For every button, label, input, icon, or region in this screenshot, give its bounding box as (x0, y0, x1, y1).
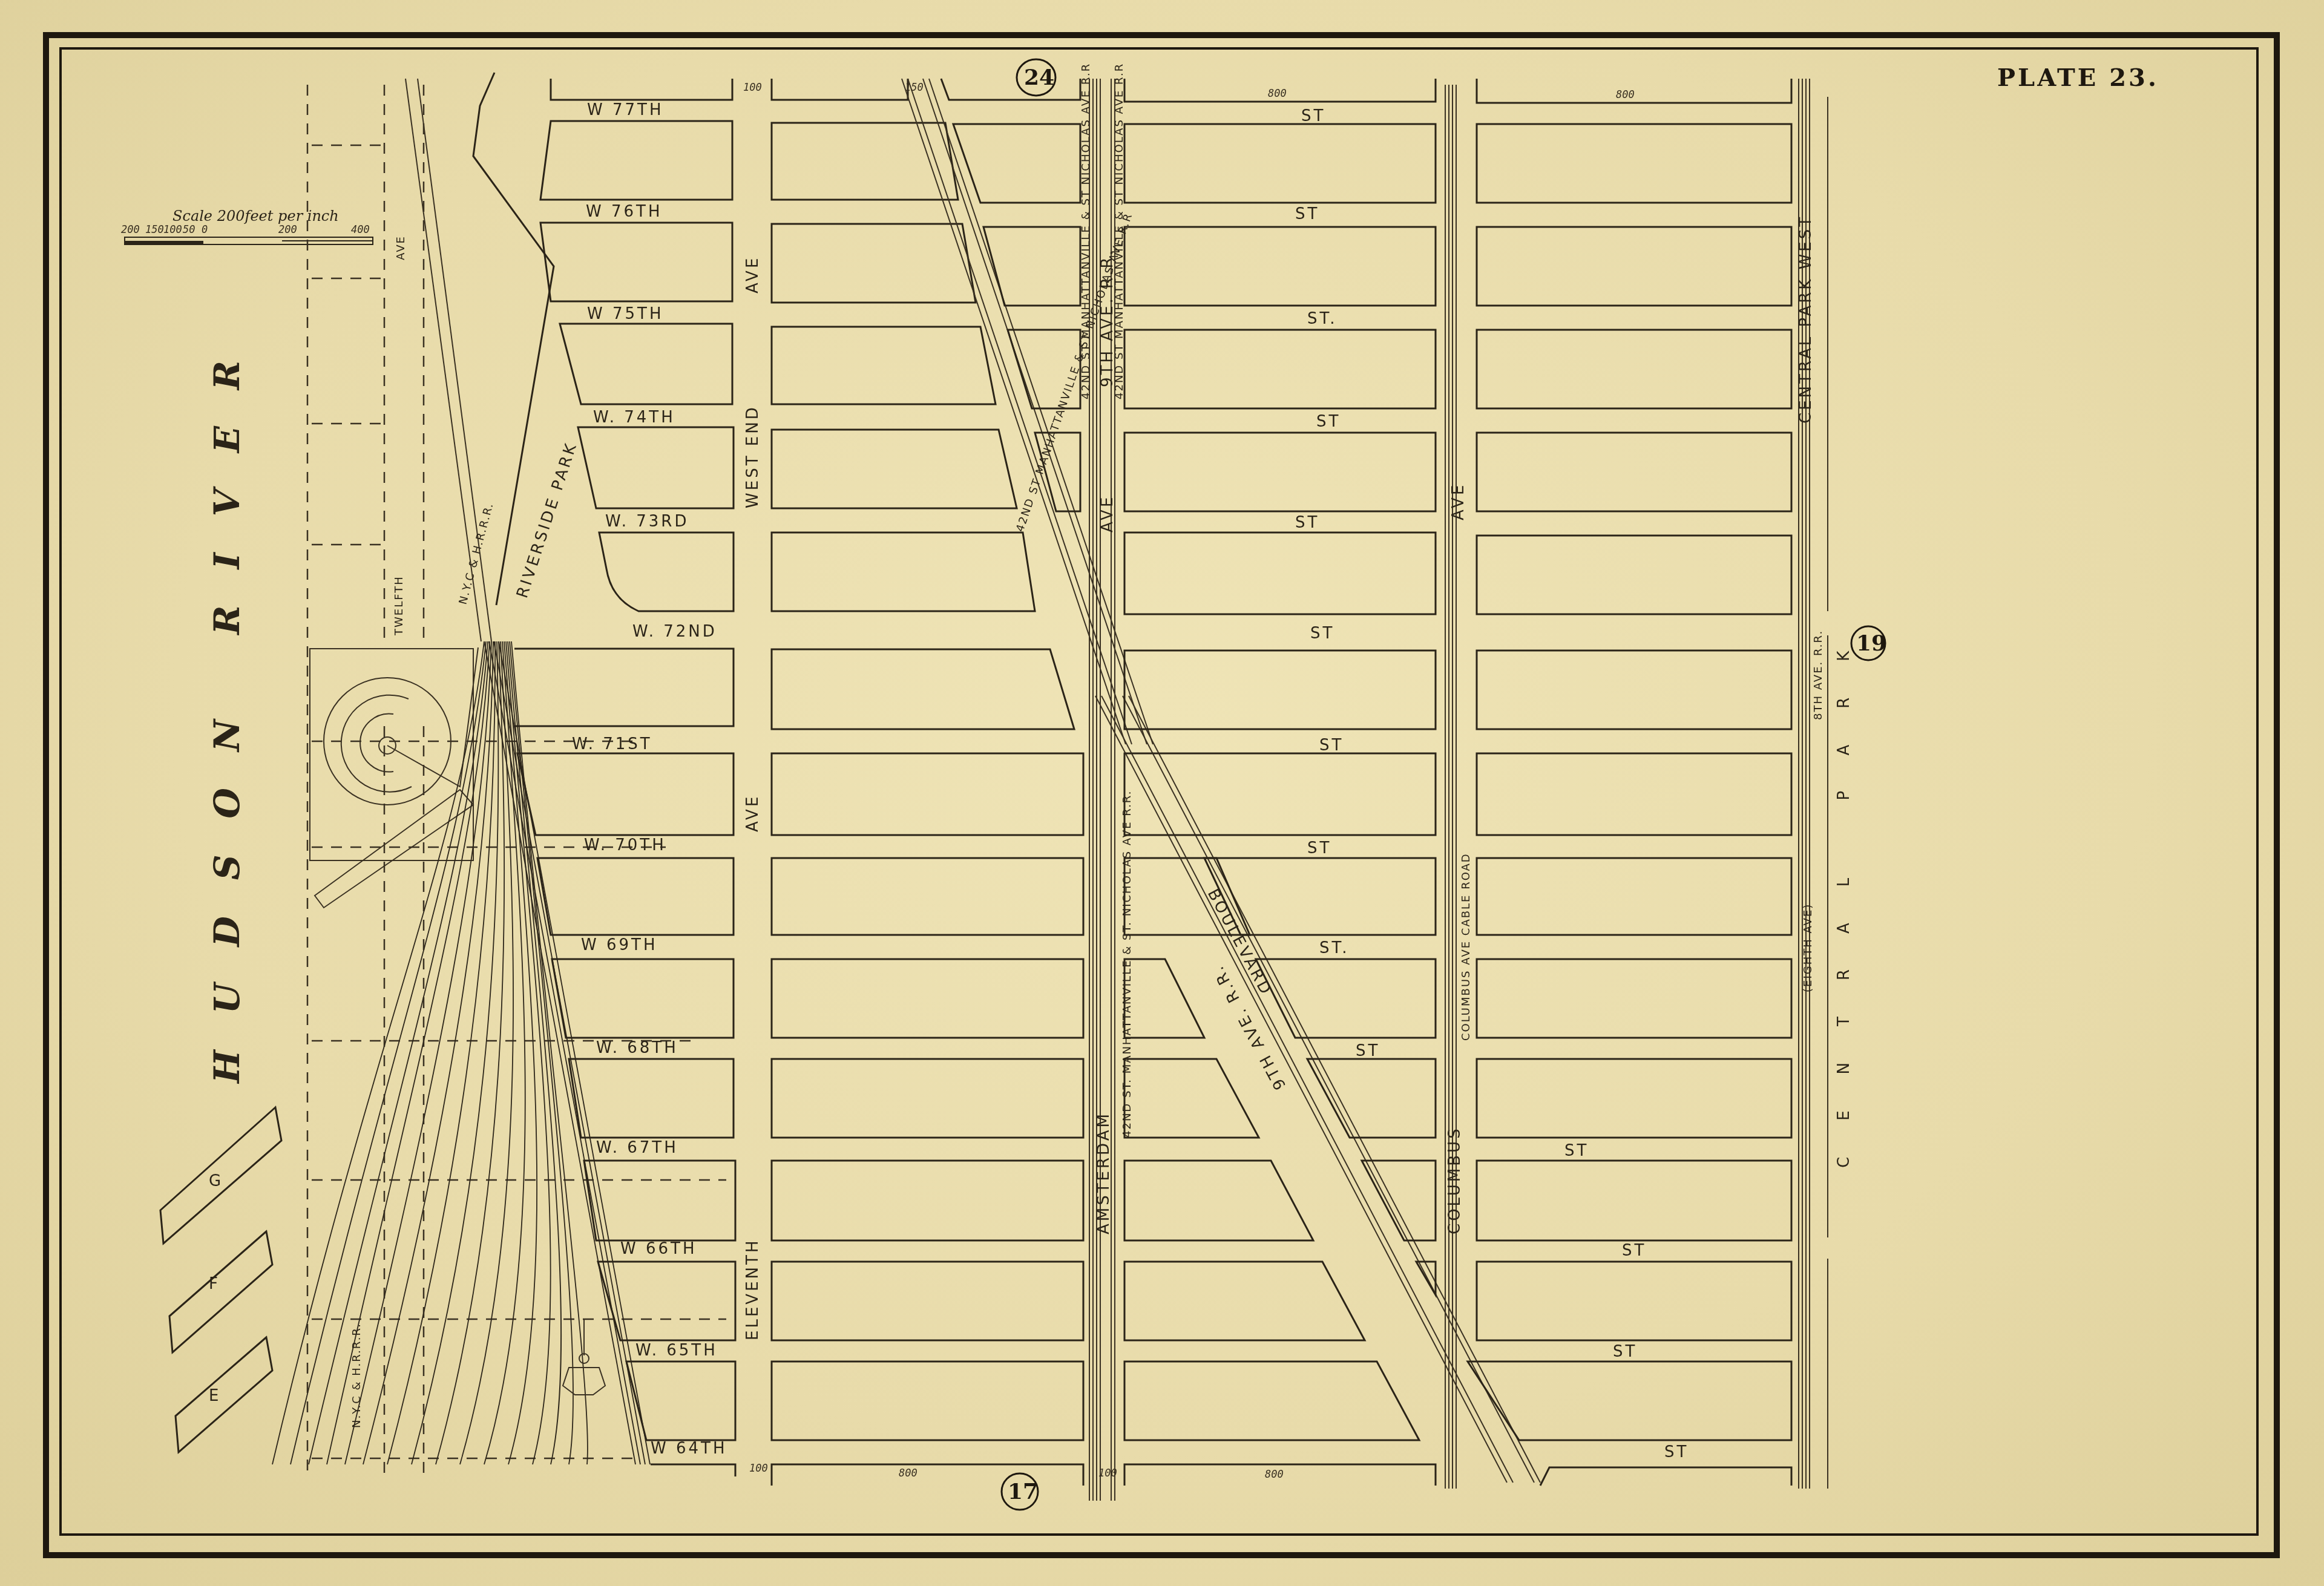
scale-tick: 200 (121, 224, 140, 236)
central-park-west: CENTRAL PARK WEST (EIGHTH AVE) 8TH AVE. … (1797, 79, 1853, 1489)
adjacent-plate-east[interactable]: 19 (1851, 626, 1886, 660)
rr-label-nyc-north: N.Y.C & H.R.R.R. (457, 501, 496, 606)
st-label: ST (1316, 413, 1341, 431)
dim-150: 150 (905, 82, 924, 94)
dim-800-top: 800 (1268, 88, 1287, 100)
plate-number: 17 (1008, 1479, 1038, 1504)
rail-yard (272, 641, 650, 1464)
st-label: ST (1307, 839, 1331, 857)
street-w70: W. 70TH (584, 836, 666, 854)
scale-bar: Scale 200feet per inch 200 150 100 50 0 … (121, 208, 373, 244)
street-w67: W. 67TH (596, 1139, 678, 1157)
st-label: ST (1564, 1142, 1589, 1160)
dim-800-top-2: 800 (1616, 89, 1635, 101)
st-label: ST (1664, 1443, 1689, 1461)
adjacent-plate-north[interactable]: 24 (1017, 59, 1055, 96)
plate-number: 24 (1024, 65, 1054, 90)
riverside-park-label: RIVERSIDE PARK (513, 439, 581, 600)
street-w68: W. 68TH (596, 1039, 678, 1057)
twelfth-label: TWELFTH (393, 575, 405, 636)
plate-title: PLATE 23. (1997, 64, 2159, 92)
dashed-lot-lines (307, 85, 726, 1476)
map-sheet: PLATE 23. Scale 200feet per inch 200 150… (0, 0, 2324, 1586)
st-label: ST. (1307, 310, 1338, 328)
map-border (46, 35, 2277, 1555)
st-label: ST (1310, 624, 1334, 643)
map-canvas: PLATE 23. Scale 200feet per inch 200 150… (0, 0, 2324, 1586)
street-w75: W 75TH (587, 305, 664, 323)
st-labels: ST ST ST. ST ST ST ST ST ST. ST ST ST ST… (1295, 107, 1689, 1461)
pier-label-f: F (209, 1275, 220, 1293)
rr-label-nyc-south: N.Y.C & H.R.R.R. (350, 1323, 363, 1428)
st-label: ST (1613, 1343, 1637, 1361)
street-w64: W 64TH (651, 1440, 727, 1458)
street-w73: W. 73RD (605, 513, 689, 531)
street-w71: W. 71ST (572, 735, 652, 753)
st-label: ST (1295, 514, 1319, 532)
st-label: ST (1356, 1042, 1380, 1060)
rr-label-manhattanville-south: 42ND ST. MANHATTANVILLE & ST. NICHOLAS A… (1121, 790, 1134, 1138)
st-label: ST (1295, 205, 1319, 223)
dim-100: 100 (743, 82, 762, 94)
eleventh-ave-label: AVE (744, 795, 762, 832)
dim-100-bottom: 100 (749, 1463, 768, 1475)
pier-label-g: G (209, 1172, 223, 1190)
eleventh-label: ELEVENTH (744, 1239, 762, 1340)
plate-number: 19 (1856, 631, 1886, 656)
dimension-labels: 100 150 100 800 100 800 (743, 82, 1284, 1481)
st-label: ST (1319, 736, 1344, 755)
street-w65: W. 65TH (635, 1342, 718, 1360)
west-end-label: WEST END (744, 405, 762, 508)
river-label: HUDSON RIVER (206, 324, 248, 1084)
cross-street-labels: W 77TH W 76TH W 75TH W. 74TH W. 73RD W. … (572, 101, 727, 1458)
eighth-ave-label: (EIGHTH AVE) (1802, 903, 1814, 992)
amsterdam-avenue: 42ND ST MANHATTANVILLE & ST NICHOLAS AVE… (1080, 63, 1134, 1501)
eighth-ave-rr-label: 8TH AVE. R.R. (1812, 630, 1825, 720)
blocks-diag-east (941, 79, 1080, 511)
amsterdam-label: AMSTERDAM (1095, 1112, 1113, 1234)
dim-800-bottom: 800 (899, 1467, 917, 1480)
st-label: ST (1622, 1242, 1646, 1260)
scale-tick: 150 (145, 224, 164, 236)
scale-title: Scale 200feet per inch (172, 208, 339, 224)
twelfth-ave-label: AVE (395, 235, 407, 260)
street-w69: W 69TH (581, 936, 658, 954)
blocks-col4: 800 (1468, 79, 1791, 1486)
scale-tick: 100 (163, 224, 182, 236)
columbus-avenue: AVE COLUMBUS AVE CABLE ROAD COLUMBUS (1445, 85, 1472, 1489)
blocks-west (514, 79, 735, 1476)
st-label: ST. (1319, 939, 1350, 957)
street-w74: W. 74TH (593, 408, 675, 427)
riverside-park: RIVERSIDE PARK (405, 73, 581, 641)
columbus-ave-label: AVE (1449, 483, 1468, 520)
columbus-cable-label: COLUMBUS AVE CABLE ROAD (1460, 853, 1472, 1041)
scale-tick: 400 (351, 224, 370, 236)
street-w76: W 76TH (586, 203, 663, 221)
scale-tick: 200 (278, 224, 297, 236)
piers: G F E (160, 1107, 281, 1452)
dim-800-bottom-2: 800 (1265, 1469, 1284, 1481)
boulevard: BOULEVARD 9TH AVE. R.R. (1095, 696, 1540, 1483)
adjacent-plate-south[interactable]: 17 (1002, 1473, 1038, 1510)
dim-100-bottom-2: 100 (1098, 1467, 1117, 1480)
blocks-col2 (772, 79, 1083, 1486)
pier-label-e: E (209, 1387, 221, 1405)
street-w66: W 66TH (620, 1240, 697, 1258)
columbus-label: COLUMBUS (1446, 1126, 1464, 1234)
amsterdam-ave-label: AVE (1098, 495, 1117, 532)
central-park-label: CENTRAL PARK (1835, 615, 1853, 1168)
scale-tick: 0 (202, 224, 208, 236)
st-label: ST (1301, 107, 1325, 125)
blocks-col3: 800 (1124, 79, 1436, 1486)
west-end-ave-label: AVE (744, 256, 762, 293)
scale-tick: 50 (183, 224, 195, 236)
street-w72: W. 72ND (632, 623, 717, 641)
street-w77: W 77TH (587, 101, 664, 119)
central-park-west-label: CENTRAL PARK WEST (1797, 215, 1815, 424)
rr-label-manhattanville-left: 42ND ST MANHATTANVILLE & ST NICHOLAS AVE… (1080, 63, 1092, 399)
